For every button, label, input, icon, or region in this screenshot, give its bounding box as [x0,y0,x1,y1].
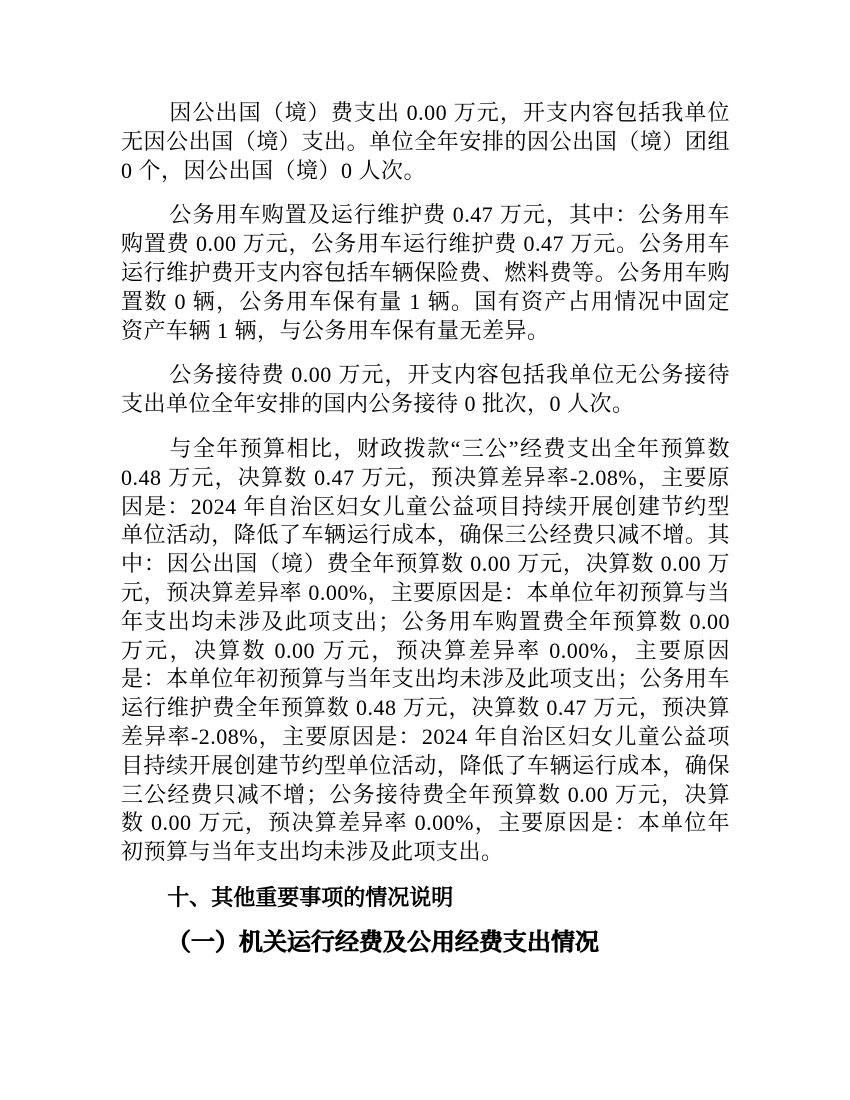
paragraph-official-vehicle-expense: 公务用车购置及运行维护费 0.47 万元，其中：公务用车购置费 0.00 万元，… [121,201,730,345]
document-content: 因公出国（境）费支出 0.00 万元，开支内容包括我单位无因公出国（境）支出。单… [0,0,850,960]
document-page: 因公出国（境）费支出 0.00 万元，开支内容包括我单位无因公出国（境）支出。单… [0,0,850,1100]
paragraph-official-reception-expense: 公务接待费 0.00 万元，开支内容包括我单位无公务接待支出单位全年安排的国内公… [121,361,730,419]
section-heading-other-important-matters: 十、其他重要事项的情况说明 [121,883,730,913]
subsection-heading-operating-expenses: （一）机关运行经费及公用经费支出情况 [121,926,730,960]
paragraph-budget-vs-final-accounts: 与全年预算相比，财政拨款“三公”经费支出全年预算数 0.48 万元，决算数 0.… [121,435,730,867]
paragraph-overseas-trip-expense: 因公出国（境）费支出 0.00 万元，开支内容包括我单位无因公出国（境）支出。单… [121,99,730,185]
